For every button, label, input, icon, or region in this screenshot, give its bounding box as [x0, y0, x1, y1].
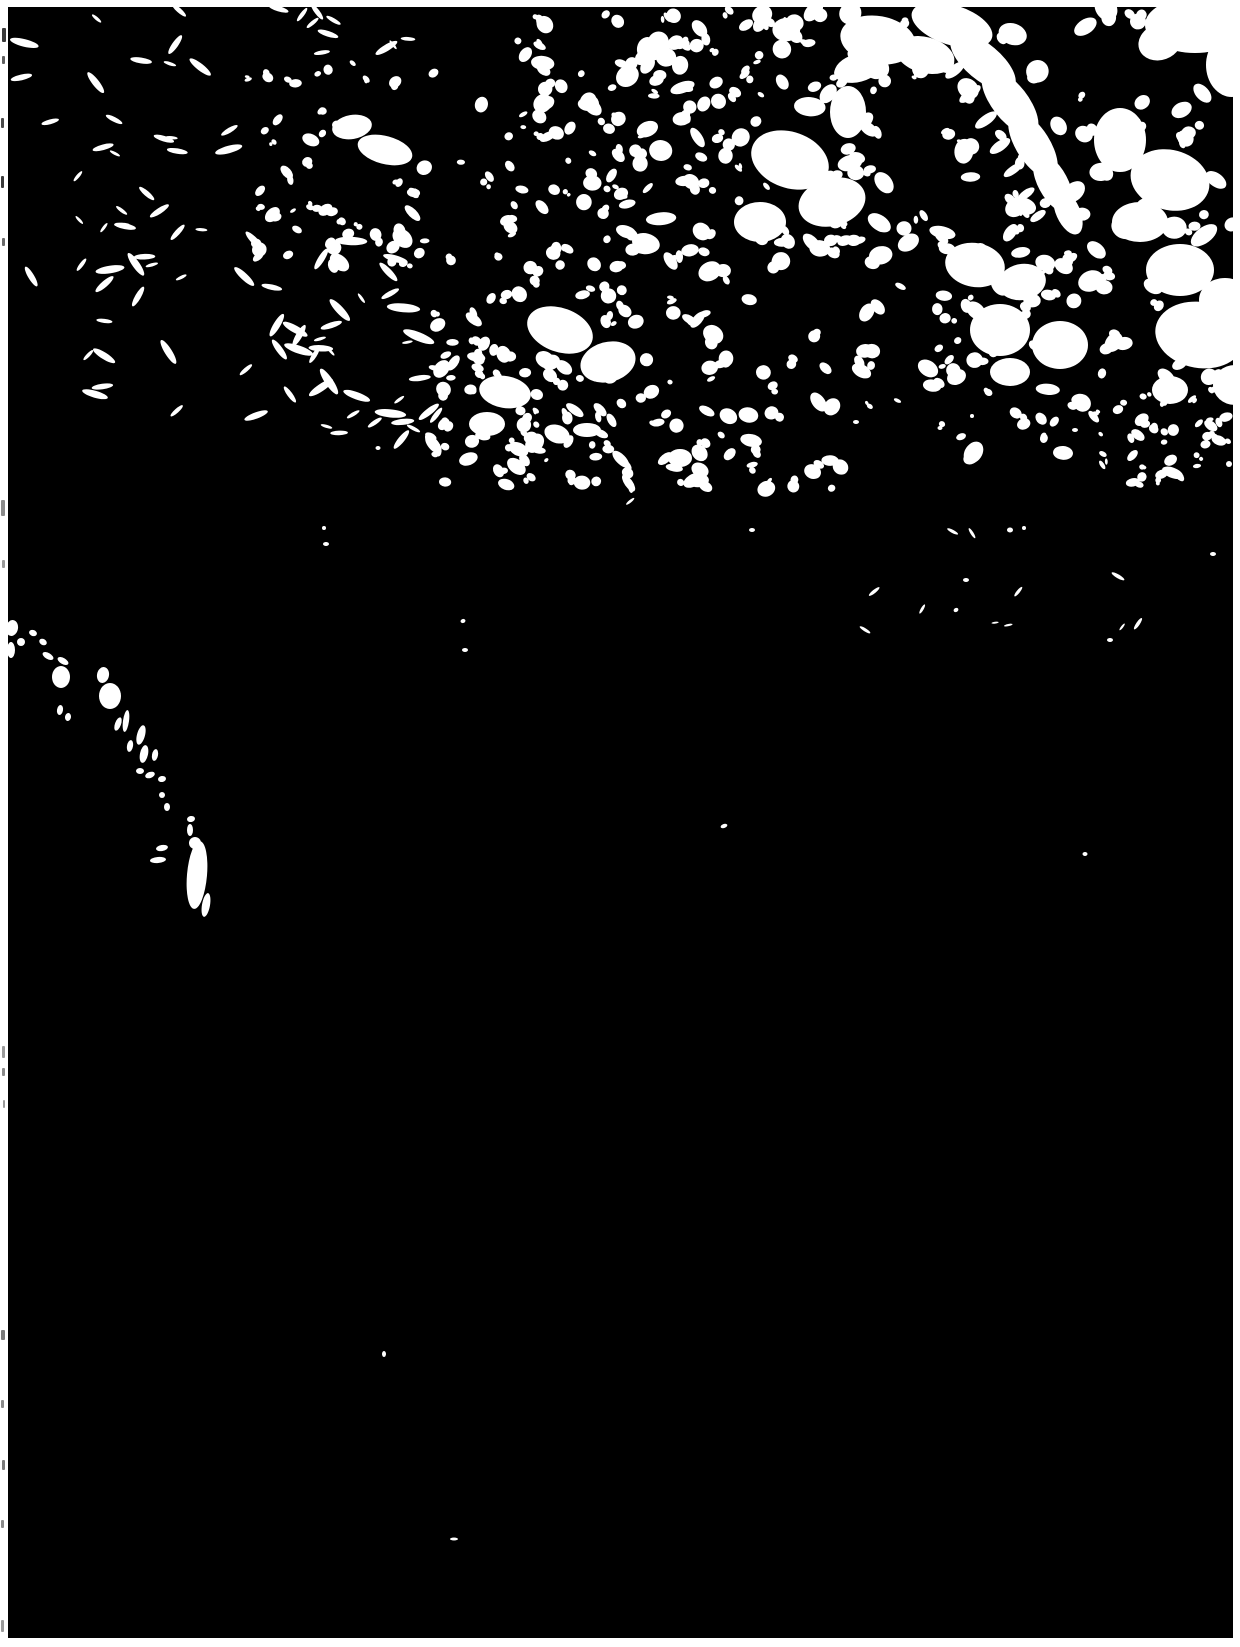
- streak-fragment: [17, 638, 25, 646]
- border-scan-mark: [1, 1520, 4, 1528]
- speck: [376, 446, 381, 450]
- border-scan-mark: [1, 500, 5, 516]
- speck: [382, 1351, 386, 1357]
- white-patch: [1152, 376, 1188, 404]
- streak-fragment: [136, 768, 144, 774]
- image-black-field: [8, 7, 1233, 1638]
- border-scan-mark: [1, 1400, 4, 1408]
- white-patch: [1032, 321, 1088, 369]
- speck: [462, 648, 468, 652]
- speck: [323, 542, 329, 546]
- border-scan-mark: [1, 118, 4, 128]
- border-scan-marks: [1, 28, 6, 1632]
- speck: [970, 414, 974, 418]
- white-patch: [990, 358, 1030, 386]
- speck: [322, 526, 326, 530]
- streak-fragment: [52, 666, 70, 688]
- speck: [1226, 461, 1232, 467]
- border-scan-mark: [1, 1330, 5, 1340]
- speckle: [446, 339, 458, 346]
- speck: [1083, 852, 1088, 856]
- white-patch: [469, 412, 505, 436]
- streak-fragment: [99, 683, 121, 709]
- border-scan-mark: [2, 1460, 5, 1470]
- speck: [1072, 428, 1078, 432]
- speck: [450, 1538, 458, 1541]
- border-scan-mark: [1, 176, 4, 188]
- speck: [1210, 552, 1216, 556]
- speck: [963, 578, 969, 582]
- streak-fragment: [164, 803, 170, 811]
- speck: [749, 528, 755, 532]
- white-patch: [830, 86, 866, 138]
- speckle: [653, 70, 666, 80]
- speck: [1107, 638, 1113, 642]
- border-scan-mark: [2, 28, 6, 42]
- white-patch: [1112, 202, 1168, 242]
- border-scan-mark: [2, 56, 5, 64]
- white-patch: [970, 304, 1030, 356]
- white-patch: [573, 423, 601, 437]
- streak-fragment: [7, 642, 15, 658]
- white-patch: [668, 449, 692, 467]
- speckle: [576, 194, 592, 210]
- speck: [1022, 526, 1026, 530]
- speck: [938, 426, 943, 430]
- speck: [853, 420, 859, 424]
- binarized-image-canvas: [0, 0, 1240, 1647]
- border-scan-mark: [2, 1068, 5, 1076]
- streak-fragment: [159, 792, 165, 798]
- streak-fragment: [187, 824, 193, 836]
- page-root: [0, 0, 1240, 1647]
- border-scan-mark: [2, 1046, 5, 1058]
- speckle: [534, 131, 539, 136]
- border-scan-mark: [2, 560, 5, 568]
- border-scan-mark: [1, 1620, 4, 1632]
- speck: [1007, 528, 1013, 533]
- border-scan-mark: [3, 1100, 5, 1108]
- border-scan-mark: [2, 238, 5, 246]
- white-patch: [734, 202, 786, 242]
- speckle: [114, 223, 130, 227]
